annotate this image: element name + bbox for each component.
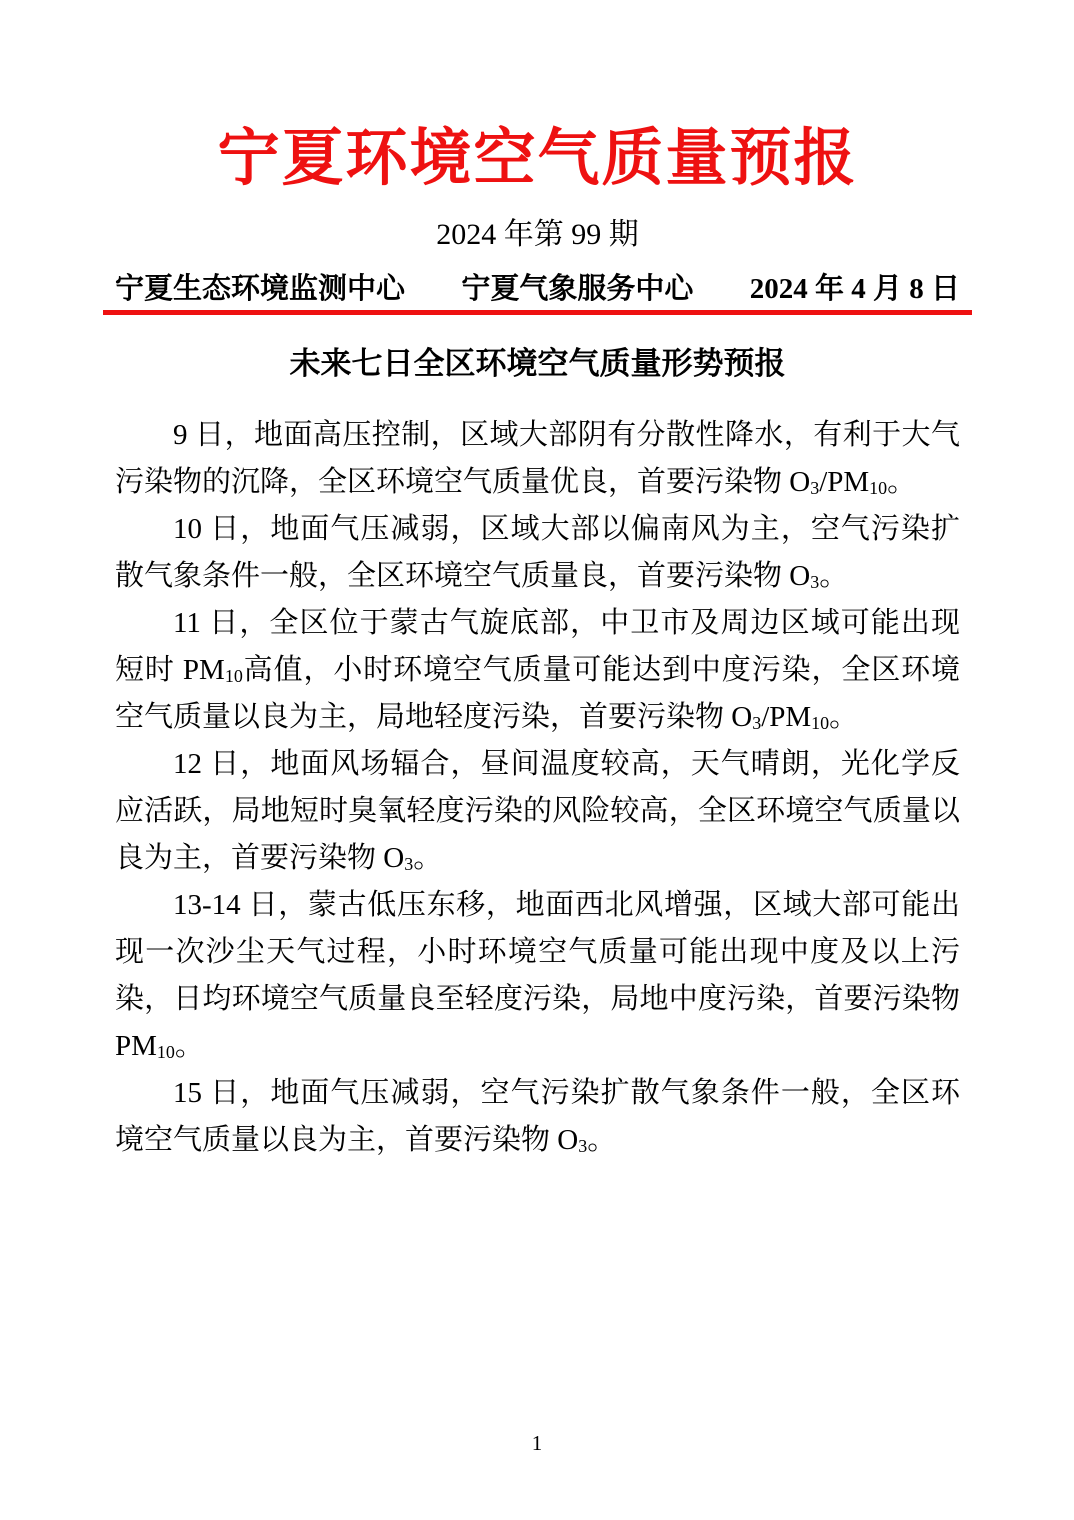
issue-number: 2024 年第 99 期 <box>115 220 960 250</box>
body-paragraph: 9 日，地面高压控制，区域大部阴有分散性降水，有利于大气污染物的沉降，全区环境空… <box>115 412 960 506</box>
paragraph-text: 。 <box>413 842 442 874</box>
document-title: 宁夏环境空气质量预报 <box>115 128 960 190</box>
document-page: 宁夏环境空气质量预报 2024 年第 99 期 宁夏生态环境监测中心 宁夏气象服… <box>0 0 1074 1520</box>
header-org-row: 宁夏生态环境监测中心 宁夏气象服务中心 2024 年 4 月 8 日 <box>115 275 960 304</box>
pollutant-subscript: 10 <box>869 478 887 498</box>
paragraph-text: 。 <box>819 560 848 592</box>
body-paragraph: 15 日，地面气压减弱，空气污染扩散气象条件一般，全区环境空气质量以良为主，首要… <box>115 1070 960 1164</box>
paragraph-text: 。 <box>829 701 858 733</box>
pollutant-subscript: 3 <box>810 478 819 498</box>
red-divider-rule <box>103 310 972 315</box>
body-paragraph: 11 日，全区位于蒙古气旋底部，中卫市及周边区域可能出现短时 PM10高值，小时… <box>115 600 960 741</box>
paragraph-text: 15 日，地面气压减弱，空气污染扩散气象条件一般，全区环境空气质量以良为主，首要… <box>115 1077 960 1156</box>
body: 9 日，地面高压控制，区域大部阴有分散性降水，有利于大气污染物的沉降，全区环境空… <box>115 412 960 1164</box>
page-number: 1 <box>0 1433 1074 1454</box>
section-title: 未来七日全区环境空气质量形势预报 <box>115 348 960 379</box>
paragraph-text: /PM <box>819 466 869 498</box>
paragraph-text: 13-14 日，蒙古低压东移，地面西北风增强，区域大部可能出现一次沙尘天气过程，… <box>115 889 960 1062</box>
org-left: 宁夏生态环境监测中心 <box>115 275 405 304</box>
pollutant-subscript: 3 <box>752 713 761 733</box>
paragraph-text: 。 <box>587 1124 616 1156</box>
pollutant-subscript: 10 <box>811 713 829 733</box>
pollutant-subscript: 3 <box>810 572 819 592</box>
paragraph-text: 。 <box>175 1030 204 1062</box>
pollutant-subscript: 10 <box>225 666 243 686</box>
paragraph-text: 。 <box>887 466 916 498</box>
pollutant-subscript: 3 <box>578 1136 587 1156</box>
body-paragraph: 10 日，地面气压减弱，区域大部以偏南风为主，空气污染扩散气象条件一般，全区环境… <box>115 506 960 600</box>
paragraph-text: 12 日，地面风场辐合，昼间温度较高，天气晴朗，光化学反应活跃，局地短时臭氧轻度… <box>115 748 960 874</box>
paragraph-text: /PM <box>761 701 811 733</box>
org-middle: 宁夏气象服务中心 <box>461 275 693 304</box>
body-paragraph: 12 日，地面风场辐合，昼间温度较高，天气晴朗，光化学反应活跃，局地短时臭氧轻度… <box>115 741 960 882</box>
body-paragraph: 13-14 日，蒙古低压东移，地面西北风增强，区域大部可能出现一次沙尘天气过程，… <box>115 882 960 1070</box>
pollutant-subscript: 10 <box>157 1042 175 1062</box>
header-date: 2024 年 4 月 8 日 <box>750 275 960 304</box>
pollutant-subscript: 3 <box>404 854 413 874</box>
